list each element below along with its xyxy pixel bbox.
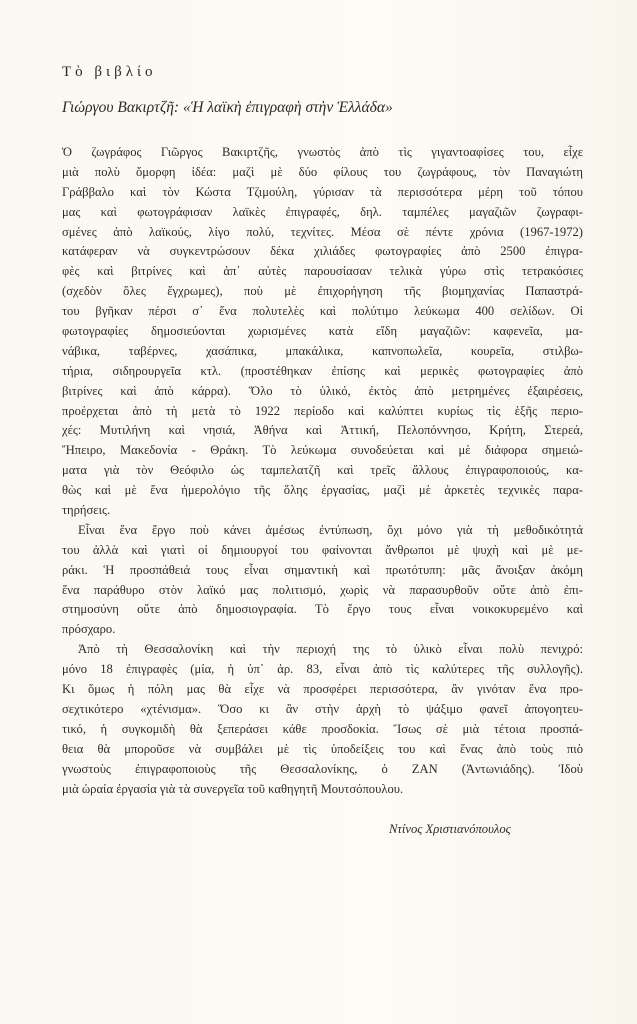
text-line: Κι ὅμως ἡ πόλη μας θὰ εἶχε νὰ προσφέρει … [62, 680, 583, 700]
paragraph: Ὁ ζωγράφος Γιῶργος Βακιρτζῆς, γνωστὸς ἀπ… [62, 143, 583, 521]
paragraph-container: Ὁ ζωγράφος Γιῶργος Βακιρτζῆς, γνωστὸς ἀπ… [62, 143, 583, 799]
text-line: Ὁ ζωγράφος Γιῶργος Βακιρτζῆς, γνωστὸς ἀπ… [62, 143, 583, 163]
section-title: Τὸ βιβλίο [62, 64, 157, 81]
text-line: Γράββαλο καὶ τὸν Κώστα Τζιμούλη, γύρισαν… [62, 183, 583, 203]
text-line: προέρχεται ἀπὸ τὴ μετὰ τὸ 1922 περίοδο κ… [62, 402, 583, 422]
text-line: τηρήσεις. [62, 501, 583, 521]
text-line: μόνο 18 ἐπιγραφὲς (μία, ἡ ὑπ᾿ ἀρ. 83, εἶ… [62, 660, 583, 680]
review-body: Ὁ ζωγράφος Γιῶργος Βακιρτζῆς, γνωστὸς ἀπ… [62, 143, 583, 799]
text-line: του ἀλλὰ καὶ γιατὶ οἱ δημιουργοί του φαί… [62, 541, 583, 561]
text-line: τικό, ἡ συγκομιδὴ θὰ ξεπεράσει κάθε προσ… [62, 720, 583, 740]
text-line: σεχτικότερο «χτένισμα». Ὅσο κι ἂν στὴν ἀ… [62, 700, 583, 720]
text-line: μιὰ πολὺ ὄμορφη ἰδέα: μαζὶ μὲ δύο φίλους… [62, 163, 583, 183]
text-line: φὲς καὶ βιτρίνες καὶ ἀπ᾿ αὐτὲς παρουσίασ… [62, 262, 583, 282]
text-line: θὼς καὶ μὲ ἕνα ἡμερολόγιο τῆς ὅλης ἐργασ… [62, 481, 583, 501]
book-review-heading: Γιώργου Βακιρτζῆ: «Ἡ λαϊκὴ ἐπιγραφὴ στὴν… [62, 99, 393, 117]
author-signature: Ντίνος Χριστιανόπουλος [389, 822, 511, 837]
text-line: Ἤπειρο, Μακεδονία - Θράκη. Τὸ λεύκωμα συ… [62, 441, 583, 461]
document-page: Τὸ βιβλίο Γιώργου Βακιρτζῆ: «Ἡ λαϊκὴ ἐπι… [0, 0, 637, 1024]
text-line: γνωστοὺς ἐπιγραφοποιοὺς τῆς Θεσσαλονίκης… [62, 760, 583, 780]
text-line: κατάφεραν νὰ συγκεντρώσουν δέκα χιλιάδες… [62, 242, 583, 262]
text-line: του βγῆκαν πέρσι σ᾿ ἕνα πολυτελὲς καὶ πο… [62, 302, 583, 322]
text-line: μιὰ ὡραία ἐργασία γιὰ τὰ συνεργεῖα τοῦ κ… [62, 780, 583, 800]
text-line: πρόσχαρο. [62, 620, 583, 640]
text-line: νάβικα, ταβέρνες, χασάπικα, μπακάλικα, κ… [62, 342, 583, 362]
text-line: θεια θὰ μποροῦσε νὰ συμβάλει μὲ τὶς ὑποδ… [62, 740, 583, 760]
text-line: χές: Μυτιλήνη καὶ νησιά, Ἀθήνα καὶ Ἀττικ… [62, 421, 583, 441]
text-line: ράκι. Ἡ προσπάθειά τους εἶναι σημαντικὴ … [62, 561, 583, 581]
text-line: ἕνα παράθυρο στὸν λαϊκό μας πολιτισμό, χ… [62, 581, 583, 601]
text-line: Ἀπὸ τὴ Θεσσαλονίκη καὶ τὴν περιοχή της τ… [62, 640, 583, 660]
text-line: μας καὶ φωτογράφισαν λαϊκὲς ἐπιγραφές, δ… [62, 203, 583, 223]
text-line: σμένες ἀπὸ λαϊκούς, λίγο πολύ, τεχνίτες.… [62, 223, 583, 243]
text-line: βιτρίνες καὶ ἀπὸ κάρρα). Ὅλο τὸ ὑλικό, ἐ… [62, 382, 583, 402]
text-line: (σχεδὸν ὅλες ἔγχρωμες), ποὺ μὲ ἐπιχορήγη… [62, 282, 583, 302]
paragraph: Ἀπὸ τὴ Θεσσαλονίκη καὶ τὴν περιοχή της τ… [62, 640, 583, 799]
text-line: φωτογραφίες δημοσιεύονται χωρισμένες κατ… [62, 322, 583, 342]
text-line: στημοσύνη οὔτε ἀπὸ δημοσιογραφία. Τὸ ἔργ… [62, 600, 583, 620]
text-line: τήρια, σιδηρουργεῖα κτλ. (προστέθηκαν ἐπ… [62, 362, 583, 382]
text-line: Εἶναι ἕνα ἔργο ποὺ κάνει ἀμέσως ἐντύπωση… [62, 521, 583, 541]
paragraph: Εἶναι ἕνα ἔργο ποὺ κάνει ἀμέσως ἐντύπωση… [62, 521, 583, 640]
text-line: ματα γιὰ τὸν Θεόφιλο ὡς ταμπελατζῆ καὶ τ… [62, 461, 583, 481]
